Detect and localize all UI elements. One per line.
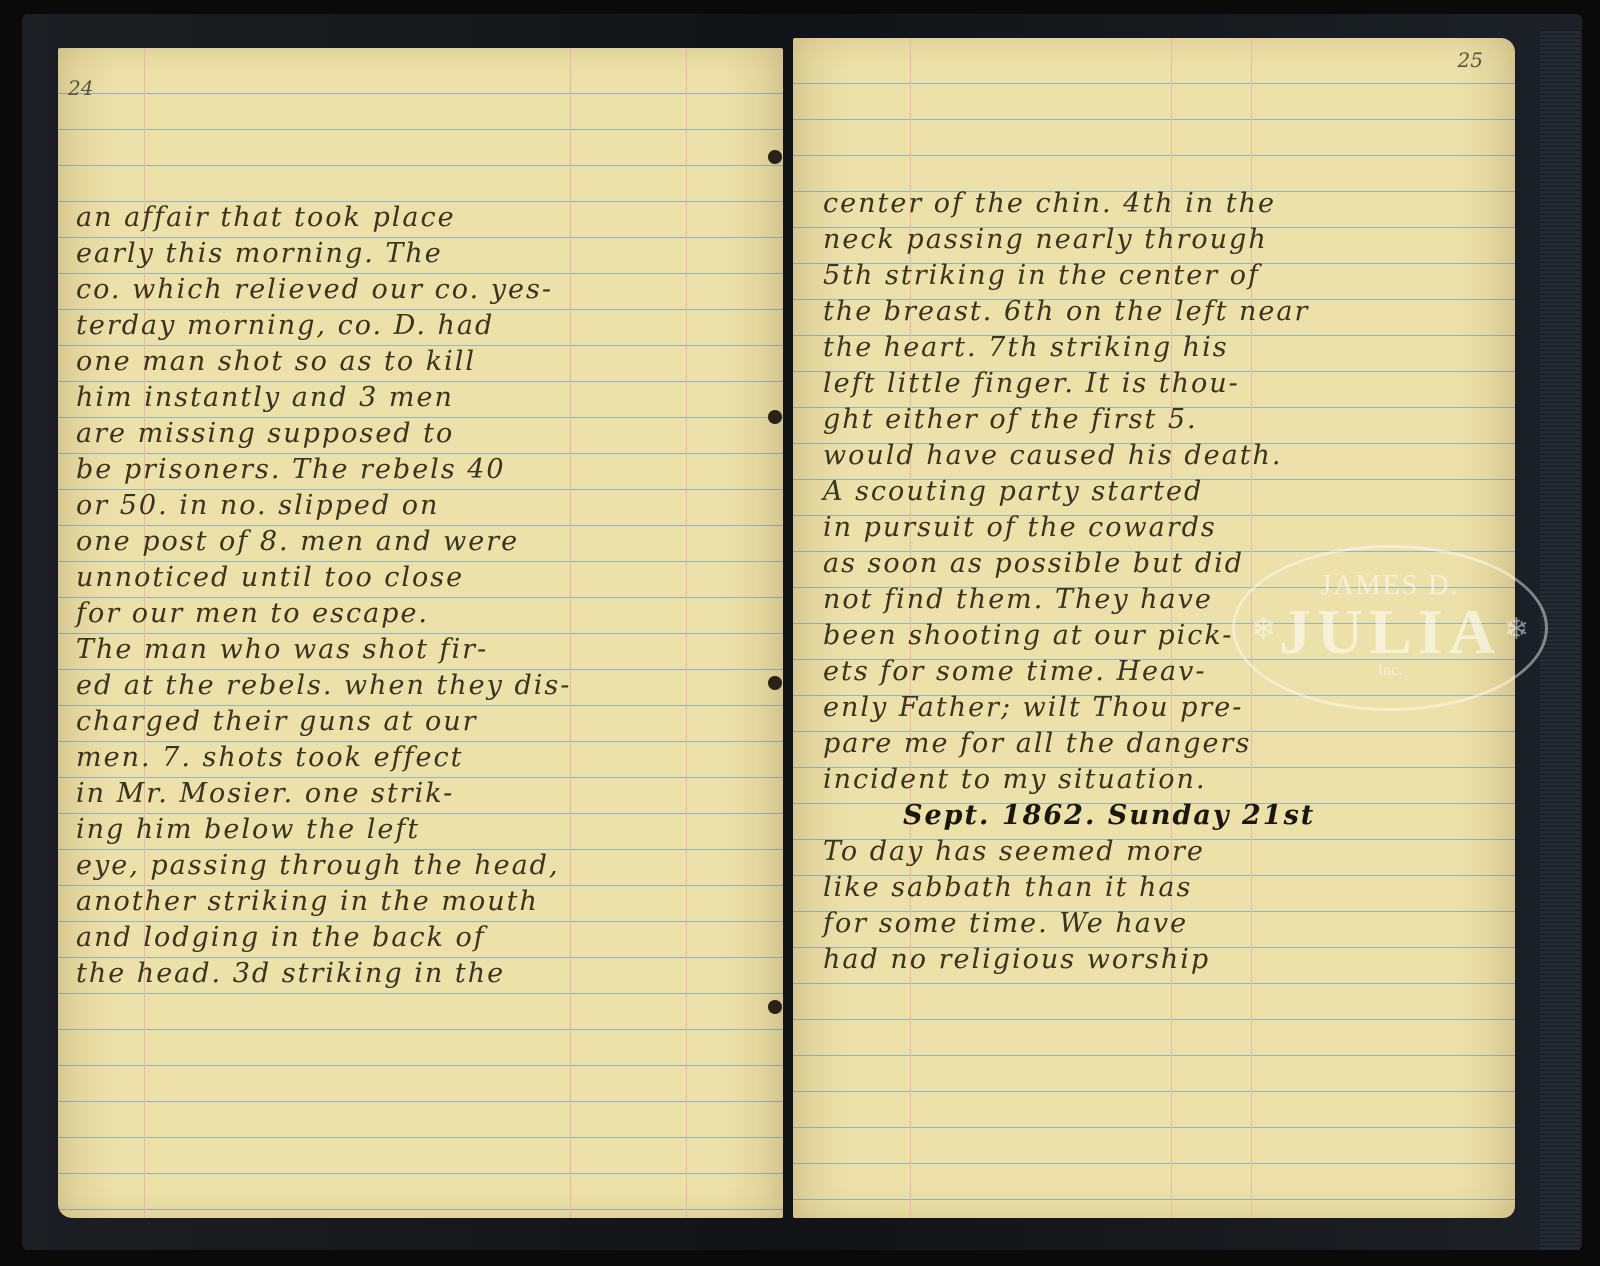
text-line: him instantly and 3 men — [58, 380, 783, 416]
text-line: men. 7. shots took effect — [58, 740, 783, 776]
binding-stitch — [768, 1000, 782, 1014]
text-line: would have caused his death. — [793, 438, 1515, 474]
text-line: one man shot so as to kill — [58, 344, 783, 380]
text-line: charged their guns at our — [58, 704, 783, 740]
text-line: eye, passing through the head, — [58, 848, 783, 884]
text-line: unnoticed until too close — [58, 560, 783, 596]
handwritten-text: an affair that took place early this mor… — [58, 200, 783, 992]
text-line: or 50. in no. slipped on — [58, 488, 783, 524]
text-line: like sabbath than it has — [793, 870, 1515, 906]
diary-date-heading: Sept. 1862. Sunday 21st — [793, 798, 1515, 834]
text-line: co. which relieved our co. yes- — [58, 272, 783, 308]
text-line: center of the chin. 4th in the — [793, 186, 1515, 222]
text-line: ed at the rebels. when they dis- — [58, 668, 783, 704]
text-line: 5th striking in the center of — [793, 258, 1515, 294]
text-line: ght either of the first 5. — [793, 402, 1515, 438]
text-line: and lodging in the back of — [58, 920, 783, 956]
text-line: left little finger. It is thou- — [793, 366, 1515, 402]
binding-stitch — [768, 410, 782, 424]
text-line: the heart. 7th striking his — [793, 330, 1515, 366]
text-line: in pursuit of the cowards — [793, 510, 1515, 546]
text-line: had no religious worship — [793, 942, 1515, 978]
auction-house-watermark: ❄ ❄ JAMES D. JULIA Inc. — [1232, 545, 1548, 711]
text-line: pare me for all the dangers — [793, 726, 1515, 762]
page-number: 25 — [1458, 48, 1483, 72]
text-line: for our men to escape. — [58, 596, 783, 632]
text-line: To day has seemed more — [793, 834, 1515, 870]
text-line: neck passing nearly through — [793, 222, 1515, 258]
text-line: for some time. We have — [793, 906, 1515, 942]
text-line: early this morning. The — [58, 236, 783, 272]
page-number: 24 — [68, 76, 93, 100]
text-line: incident to my situation. — [793, 762, 1515, 798]
snowflake-icon: ❄ — [1504, 612, 1529, 647]
text-line: terday morning, co. D. had — [58, 308, 783, 344]
text-line: an affair that took place — [58, 200, 783, 236]
left-page: 24 an affair that took place early this … — [58, 48, 783, 1218]
text-line: A scouting party started — [793, 474, 1515, 510]
text-line: ing him below the left — [58, 812, 783, 848]
text-line: be prisoners. The rebels 40 — [58, 452, 783, 488]
text-line: the head. 3d striking in the — [58, 956, 783, 992]
binding-stitch — [768, 676, 782, 690]
snowflake-icon: ❄ — [1251, 612, 1276, 647]
text-line: are missing supposed to — [58, 416, 783, 452]
text-line: in Mr. Mosier. one strik- — [58, 776, 783, 812]
text-line: one post of 8. men and were — [58, 524, 783, 560]
binding-stitch — [768, 150, 782, 164]
text-line: another striking in the mouth — [58, 884, 783, 920]
watermark-main-text: JULIA — [1235, 602, 1545, 662]
text-line: The man who was shot fir- — [58, 632, 783, 668]
text-line: the breast. 6th on the left near — [793, 294, 1515, 330]
